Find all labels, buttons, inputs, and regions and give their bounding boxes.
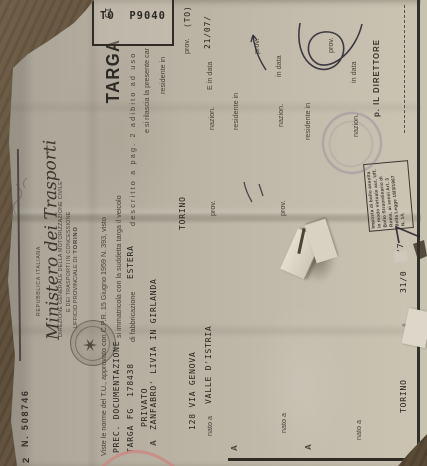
section3-indata-label: in data [349, 61, 358, 83]
bollo-stamp-box: Imposta di bollo assolta in modo virtual… [363, 160, 414, 232]
owner-birthplace-value: VALLE D'ISTRIA [204, 325, 213, 404]
owner-prov-label: prov. [182, 39, 191, 54]
section2-nato-label: nato a [279, 413, 288, 433]
intro-line-3b: descritto a pag. 2 adibito ad uso [128, 52, 137, 227]
white-patch [402, 308, 427, 348]
intro-line-3a: di fabbricazione [128, 292, 137, 342]
section3-residente-label: residente in [303, 103, 312, 140]
round-ink-stamp-inner [329, 121, 373, 167]
section3-prov-label: prov. [326, 38, 335, 53]
intro-line-4: e si rilascia la presente car [142, 48, 151, 133]
page-edge-number: 2 [21, 458, 32, 463]
round-ink-stamp [322, 112, 382, 174]
signature-dotted-line [404, 5, 405, 133]
photo-of-registration-document: 2 N. 508746 REPUBBLICA ITALIANA Minister… [0, 0, 427, 466]
owner-a-label: A [149, 440, 158, 446]
top-border-line [17, 149, 21, 361]
provincial-office-line: UFFICIO PROVINCIALE DI: TORINO [73, 226, 79, 328]
owner-nazion-label: nazion. [207, 107, 216, 130]
owner-address-value: 128 VIA GENOVA [188, 351, 197, 430]
plate-margin-note: GI [104, 7, 113, 18]
section3-a-label: A [304, 444, 313, 450]
republic-label: REPUBBLICA ITALIANA [36, 246, 42, 316]
document-paper: 2 N. 508746 REPUBBLICA ITALIANA Minister… [0, 0, 427, 466]
owner-residente-label: residente in [158, 57, 167, 94]
intro-line-1: Viste le norme del T.U., approvato con C… [99, 217, 108, 456]
section2-nazion-label: nazion. [276, 104, 285, 127]
footer-date-a: 31/0 [399, 271, 408, 293]
white-speck [393, 250, 407, 263]
section2-prov2-label: prov. [278, 201, 287, 216]
next-page-strip [421, 0, 427, 466]
owner-name-value: ZANFABRO' LIVIA IN GIRLANDA [149, 278, 158, 430]
intro-line-2: si immatricola con la suddetta targa il … [114, 195, 123, 338]
rotated-document: 2 N. 508746 REPUBBLICA ITALIANA Minister… [0, 0, 427, 466]
direction-line-1: DIREZIONE GENERALE DELLA MOTORIZZAZIONE … [58, 181, 64, 337]
intro-line-4-typed: PRIVATO [140, 388, 149, 427]
left-border-line [228, 459, 418, 462]
owner-nato-label: nato a [205, 416, 214, 436]
provincial-office-value: TORINO [73, 226, 79, 253]
owner-prov-value: (TO) [183, 6, 192, 28]
red-pencil-arc [98, 451, 178, 466]
section2-a-label: A [230, 445, 239, 451]
section2-indata-label: in data [274, 55, 283, 77]
owner-prov2-label: prov. [208, 201, 217, 216]
serial-number: N. 508746 [20, 389, 30, 447]
owner-indata-label: E in data [205, 62, 214, 90]
provincial-office-label: UFFICIO PROVINCIALE DI: [73, 255, 79, 328]
section2-prov-label: prov. [252, 39, 261, 54]
owner-date-value: 21/07/ [203, 15, 212, 49]
section3-nato-label: nato a [354, 420, 363, 440]
section2-residente-label: residente in [231, 93, 240, 130]
targa-label: TARGA [103, 39, 124, 104]
pencil-squiggle-2 [23, 178, 27, 188]
owner-city-value: TORINO [178, 196, 187, 230]
intro-line-3-typed2: ESTERA [126, 245, 135, 279]
pen-check [244, 182, 263, 202]
direction-line-2: E DEI TRASPORTI IN CONCESSIONE [66, 212, 72, 312]
intro-line-3-typed: TARGA FG 178438 [126, 363, 135, 453]
director-signoff: p. IL DIRETTORE [372, 39, 381, 117]
intro-line-2-typed: PREC. DOCUMENTAZIONE [112, 341, 121, 453]
footer-city-value: TORINO [399, 379, 408, 413]
